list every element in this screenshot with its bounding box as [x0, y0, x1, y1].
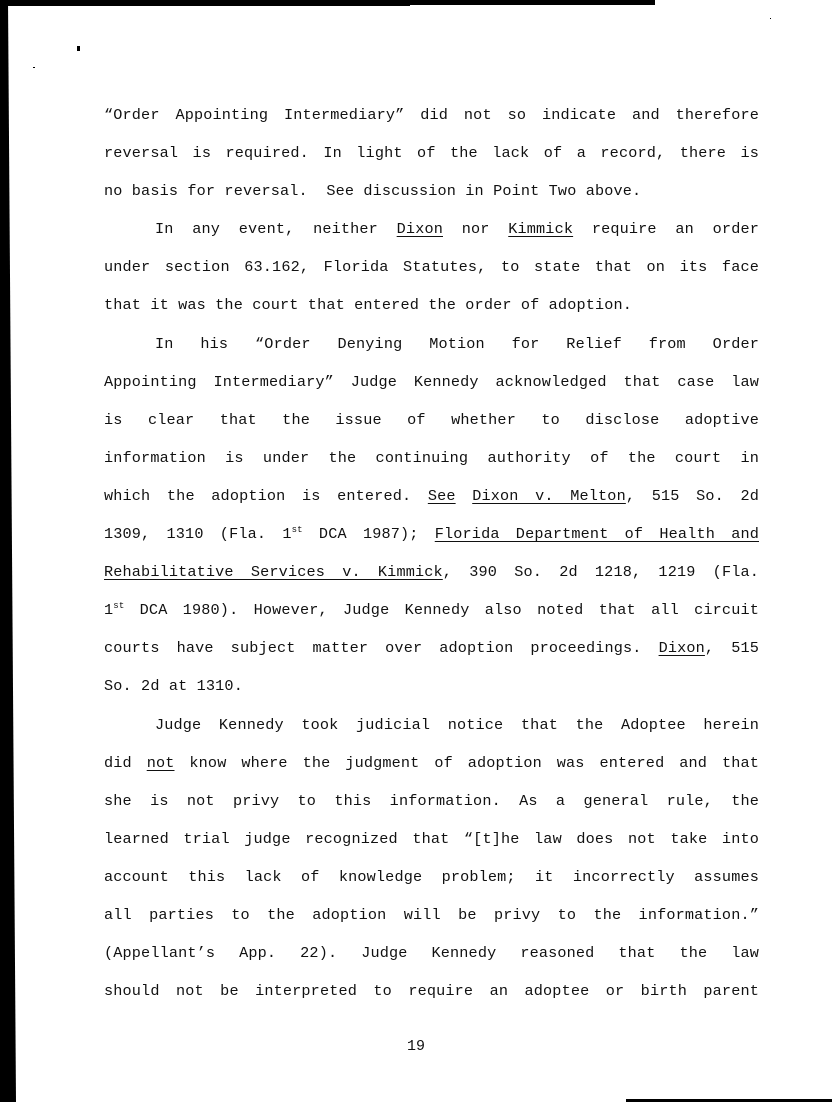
text-run: which the adoption is entered.: [104, 487, 428, 505]
text-run: she is not privy to this information. As…: [104, 792, 759, 810]
text-line: which the adoption is entered. See Dixon…: [104, 481, 759, 519]
text-line: learned trial judge recognized that “[t]…: [104, 824, 759, 862]
document-body: “Order Appointing Intermediary” did not …: [104, 100, 759, 1014]
text-run: 1309, 1310 (Fla. 1: [104, 525, 292, 543]
text-line: 1309, 1310 (Fla. 1st DCA 1987); Florida …: [104, 519, 759, 557]
text-line: information is under the continuing auth…: [104, 443, 759, 481]
text-line: is clear that the issue of whether to di…: [104, 405, 759, 443]
text-run: [456, 487, 473, 505]
text-run: courts have subject matter over adoption…: [104, 639, 659, 657]
text-run: “Order Appointing Intermediary” did not …: [104, 106, 759, 124]
text-line: “Order Appointing Intermediary” did not …: [104, 100, 759, 138]
text-run: all parties to the adoption will be priv…: [104, 906, 759, 924]
text-line: In any event, neither Dixon nor Kimmick …: [104, 214, 759, 252]
scan-speck: [33, 67, 35, 68]
paragraph: “Order Appointing Intermediary” did not …: [104, 100, 759, 214]
case-citation: Kimmick: [508, 220, 573, 238]
text-line: So. 2d at 1310.: [104, 671, 759, 709]
text-line: Rehabilitative Services v. Kimmick, 390 …: [104, 557, 759, 595]
case-citation: Florida Department of Health and: [435, 525, 759, 543]
text-run: Judge Kennedy took judicial notice that …: [155, 716, 759, 734]
text-line: should not be interpreted to require an …: [104, 976, 759, 1014]
scan-speck: [77, 46, 80, 51]
text-run: learned trial judge recognized that “[t]…: [104, 830, 759, 848]
text-run: no basis for reversal. See discussion in…: [104, 182, 641, 200]
text-run: DCA 1987);: [303, 525, 435, 543]
text-run: , 390 So. 2d 1218, 1219 (Fla.: [443, 563, 759, 581]
text-run: So. 2d at 1310.: [104, 677, 243, 695]
text-run: account this lack of knowledge problem; …: [104, 868, 759, 886]
page-number: 19: [0, 1038, 832, 1055]
paragraph: In any event, neither Dixon nor Kimmick …: [104, 214, 759, 328]
text-line: under section 63.162, Florida Statutes, …: [104, 252, 759, 290]
text-run: nor: [443, 220, 508, 238]
text-run: Appointing Intermediary” Judge Kennedy a…: [104, 373, 759, 391]
text-run: reversal is required. In light of the la…: [104, 144, 759, 162]
case-citation: not: [147, 754, 175, 772]
case-citation: See: [428, 487, 456, 505]
scan-border-top-thick: [0, 0, 410, 6]
paragraph: In his “Order Denying Motion for Relief …: [104, 329, 759, 710]
text-run: information is under the continuing auth…: [104, 449, 759, 467]
text-line: 1st DCA 1980). However, Judge Kennedy al…: [104, 595, 759, 633]
text-line: she is not privy to this information. As…: [104, 786, 759, 824]
case-citation: Dixon v. Melton: [472, 487, 626, 505]
text-line: did not know where the judgment of adopt…: [104, 748, 759, 786]
text-line: all parties to the adoption will be priv…: [104, 900, 759, 938]
text-run: , 515 So. 2d: [626, 487, 759, 505]
text-line: that it was the court that entered the o…: [104, 290, 759, 328]
text-run: under section 63.162, Florida Statutes, …: [104, 258, 759, 276]
case-citation: Rehabilitative Services v. Kimmick: [104, 563, 443, 581]
case-citation: Dixon: [659, 639, 705, 657]
text-line: Judge Kennedy took judicial notice that …: [104, 710, 759, 748]
text-run: In his “Order Denying Motion for Relief …: [155, 335, 759, 353]
text-line: Appointing Intermediary” Judge Kennedy a…: [104, 367, 759, 405]
paragraph: Judge Kennedy took judicial notice that …: [104, 710, 759, 1015]
text-run: did: [104, 754, 147, 772]
text-run: require an order: [573, 220, 759, 238]
text-line: reversal is required. In light of the la…: [104, 138, 759, 176]
text-line: courts have subject matter over adoption…: [104, 633, 759, 671]
text-line: In his “Order Denying Motion for Relief …: [104, 329, 759, 367]
scan-border-left: [0, 0, 16, 1102]
text-run: , 515: [705, 639, 759, 657]
text-run: (Appellant’s App. 22). Judge Kennedy rea…: [104, 944, 759, 962]
text-run: know where the judgment of adoption was …: [175, 754, 760, 772]
text-run: 1: [104, 601, 113, 619]
text-line: account this lack of knowledge problem; …: [104, 862, 759, 900]
case-citation: Dixon: [397, 220, 443, 238]
scan-speck: [770, 18, 771, 19]
ordinal-superscript: st: [113, 601, 124, 611]
text-line: (Appellant’s App. 22). Judge Kennedy rea…: [104, 938, 759, 976]
text-run: should not be interpreted to require an …: [104, 982, 759, 1000]
text-run: In any event, neither: [155, 220, 397, 238]
ordinal-superscript: st: [292, 525, 303, 535]
text-run: is clear that the issue of whether to di…: [104, 411, 759, 429]
text-line: no basis for reversal. See discussion in…: [104, 176, 759, 214]
text-run: DCA 1980). However, Judge Kennedy also n…: [124, 601, 759, 619]
text-run: that it was the court that entered the o…: [104, 296, 632, 314]
